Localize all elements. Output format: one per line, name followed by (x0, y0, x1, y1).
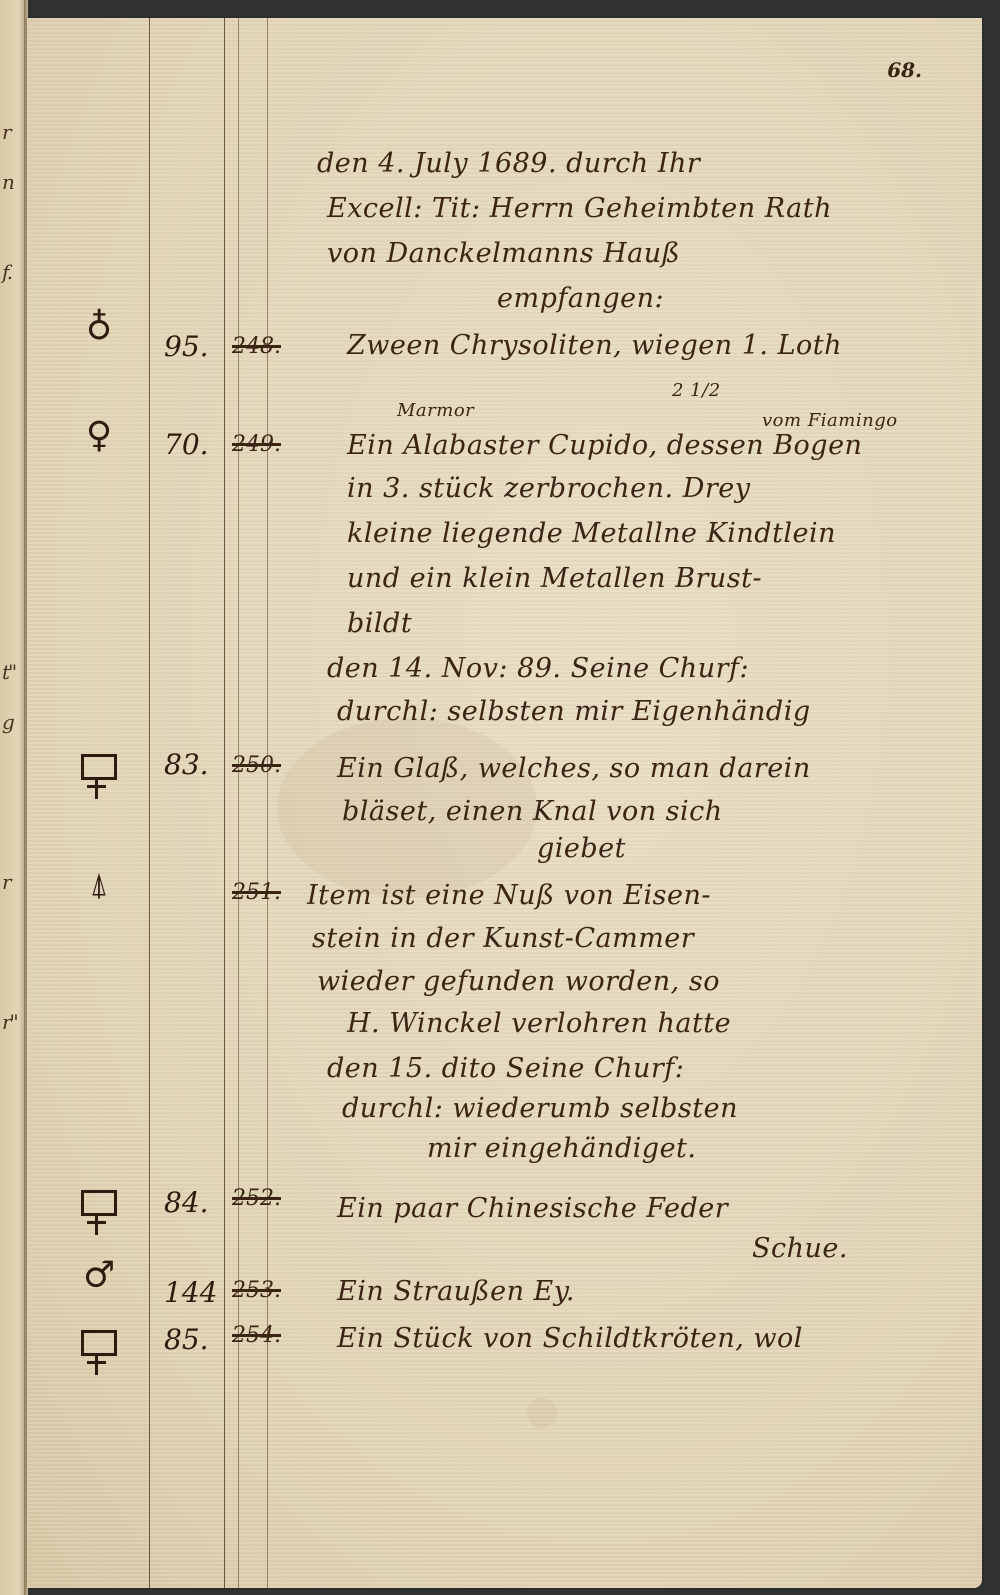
entry-number: 83. (164, 748, 209, 781)
header-line: Excell: Tit: Herrn Geheimbten Rath (327, 193, 832, 224)
entry-line: Ein Alabaster Cupido, dessen Bogen (347, 430, 862, 461)
facing-page-fragment: r" (2, 1010, 17, 1034)
manuscript-page: 68. den 4. July 1689. durch Ihr Excell: … (27, 18, 982, 1588)
earth-symbol-icon: ♁ (79, 306, 119, 342)
entry-line: Item ist eine Nuß von Eisen- (307, 880, 711, 911)
entry-line: bildt (347, 608, 412, 639)
ruled-column-line (238, 18, 239, 1588)
entry-line: kleine liegende Metallne Kindtlein (347, 518, 836, 549)
entry-line: giebet (537, 833, 626, 864)
header-line: von Danckelmanns Hauß (327, 238, 680, 269)
entry-number: 144 (164, 1276, 217, 1309)
entry-line: Schue. (752, 1233, 848, 1264)
entry-line: und ein klein Metallen Brust- (347, 563, 762, 594)
old-entry-number: 249. (232, 432, 281, 457)
entry-number: 84. (164, 1186, 209, 1219)
entry-number: 95. (164, 330, 209, 363)
box-cross-symbol-icon (77, 754, 117, 802)
entry-line: Ein Straußen Ey. (337, 1276, 575, 1307)
entry-line: durchl: wiederumb selbsten (342, 1093, 738, 1124)
facing-page-fragment: t" (2, 660, 15, 684)
old-entry-number: 251. (232, 880, 281, 905)
entry-line: H. Winckel verlohren hatte (347, 1008, 731, 1039)
facing-page-fragment: g (2, 710, 13, 734)
entry-line: bläset, einen Knal von sich (342, 796, 723, 827)
old-entry-number: 252. (232, 1186, 281, 1211)
entry-line: Zween Chrysoliten, wiegen 1. Loth (347, 330, 842, 361)
entry-line: Ein paar Chinesische Feder (337, 1193, 728, 1224)
old-entry-number: 248. (232, 334, 281, 359)
entry-line: in 3. stück zerbrochen. Drey (347, 473, 751, 504)
old-entry-number: 254. (232, 1323, 281, 1348)
entry-line: stein in der Kunst-Cammer (312, 923, 694, 954)
entry-line: Ein Stück von Schildtkröten, wol (337, 1323, 803, 1354)
facing-page-fragment: f. (2, 260, 11, 284)
facing-page-fragment: n (2, 170, 13, 194)
ruled-column-line (149, 18, 150, 1588)
facing-page-fragment: r (2, 120, 10, 144)
entry-line: wieder gefunden worden, so (317, 966, 720, 997)
old-entry-number: 250. (232, 753, 281, 778)
venus-symbol-icon: ♀ (79, 418, 119, 454)
ruled-column-line (224, 18, 225, 1588)
entry-line: den 14. Nov: 89. Seine Churf: (327, 653, 749, 684)
entry-number: 70. (164, 428, 209, 461)
header-line: den 4. July 1689. durch Ihr (317, 148, 700, 179)
interlinear-note: Marmor (397, 400, 474, 421)
mars-symbol-icon: ♂ (79, 1258, 119, 1294)
folio-number: 68. (887, 58, 922, 82)
interlinear-note: 2 1/2 (672, 380, 721, 401)
header-line: empfangen: (497, 283, 664, 314)
old-entry-number: 253. (232, 1278, 281, 1303)
entry-line: durchl: selbsten mir Eigenhändig (337, 696, 811, 727)
interlinear-note: vom Fiamingo (762, 410, 898, 431)
entry-line: Ein Glaß, welches, so man darein (337, 753, 811, 784)
facing-page-fragment: r (2, 870, 10, 894)
triangle-cross-symbol-icon: ⍋ (79, 868, 119, 900)
box-cross-symbol-icon (77, 1190, 117, 1238)
entry-number: 85. (164, 1323, 209, 1356)
facing-page-edge: r n f. t" g r r" (0, 0, 26, 1595)
entry-line: den 15. dito Seine Churf: (327, 1053, 684, 1084)
ruled-column-line (267, 18, 268, 1588)
box-cross-symbol-icon (77, 1330, 117, 1378)
entry-line: mir eingehändiget. (427, 1133, 696, 1164)
